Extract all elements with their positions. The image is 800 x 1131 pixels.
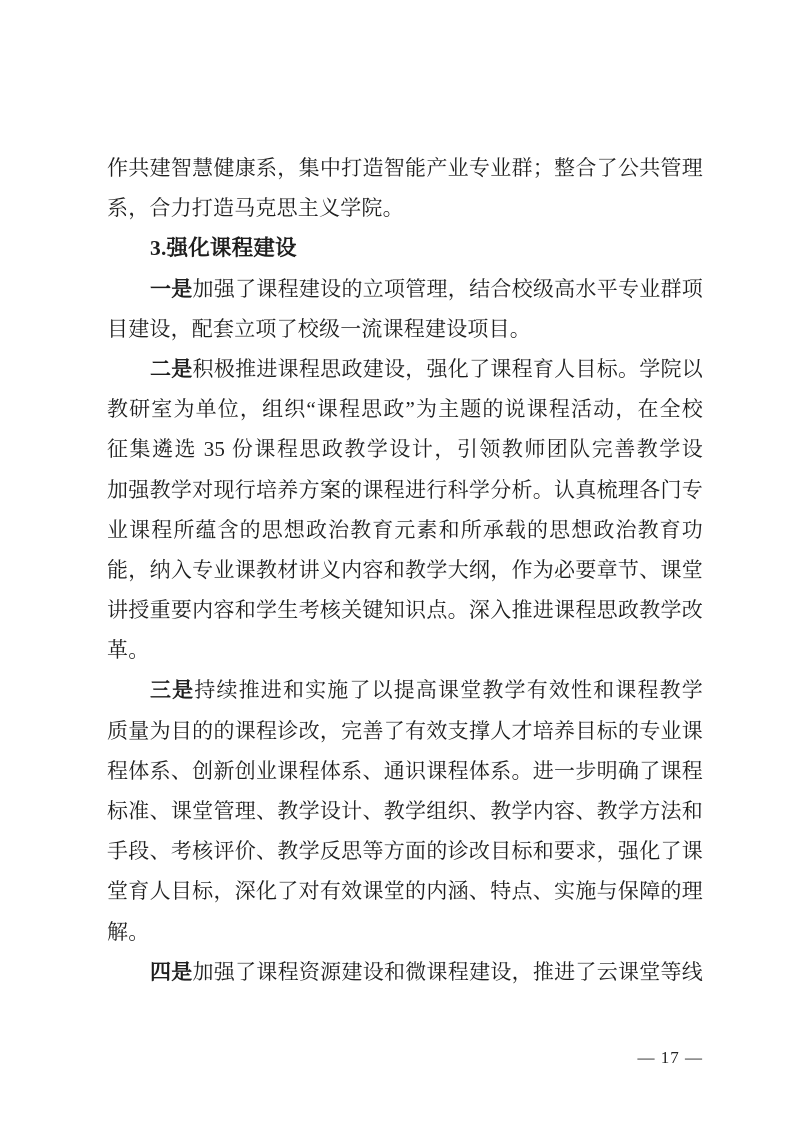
text-line: 讲授重要内容和学生考核关键知识点。深入推进课程思政教学改 (107, 590, 703, 630)
text-line: 业课程所蕴含的思想政治教育元素和所承载的思想政治教育功 (107, 510, 703, 550)
text-block: 作共建智慧健康系，集中打造智能产业专业群；整合了公共管理系，合力打造马克思主义学… (107, 148, 703, 992)
text-line: 二是积极推进课程思政建设，强化了课程育人目标。学院以 (107, 349, 703, 389)
text-line: 征集遴选 35 份课程思政教学设计，引领教师团队完善教学设计， (107, 429, 703, 469)
text-line: 堂育人目标，深化了对有效课堂的内涵、特点、实施与保障的理 (107, 871, 703, 911)
bold-lead-in: 二是 (150, 357, 193, 381)
text-line: 目建设，配套立项了校级一流课程建设项目。 (107, 309, 703, 349)
section-heading-label: 3.强化课程建设 (150, 236, 297, 260)
text-line: 标准、课堂管理、教学设计、教学组织、教学内容、教学方法和 (107, 791, 703, 831)
text-line: 手段、考核评价、教学反思等方面的诊改目标和要求，强化了课 (107, 831, 703, 871)
text-line: 作共建智慧健康系，集中打造智能产业专业群；整合了公共管理 (107, 148, 703, 188)
text-line: 三是持续推进和实施了以提高课堂教学有效性和课程教学 (107, 670, 703, 710)
bold-lead-in: 一是 (150, 277, 193, 301)
text-line: 系，合力打造马克思主义学院。 (107, 188, 703, 228)
text-line: 革。 (107, 630, 703, 670)
document-page: 作共建智慧健康系，集中打造智能产业专业群；整合了公共管理系，合力打造马克思主义学… (0, 0, 800, 1131)
text-line: 解。 (107, 912, 703, 952)
text-line: 加强教学对现行培养方案的课程进行科学分析。认真梳理各门专 (107, 470, 703, 510)
text-line: 教研室为单位，组织“课程思政”为主题的说课程活动，在全校 (107, 389, 703, 429)
bold-lead-in: 三是 (150, 678, 194, 702)
section-heading: 3.强化课程建设 (107, 228, 703, 268)
text-line: 一是加强了课程建设的立项管理，结合校级高水平专业群项 (107, 269, 703, 309)
text-line: 四是加强了课程资源建设和微课程建设，推进了云课堂等线 (107, 952, 703, 992)
text-line: 质量为目的的课程诊改，完善了有效支撑人才培养目标的专业课 (107, 711, 703, 751)
bold-lead-in: 四是 (150, 960, 193, 984)
text-line: 程体系、创新创业课程体系、通识课程体系。进一步明确了课程 (107, 751, 703, 791)
text-line: 能，纳入专业课教材讲义内容和教学大纲，作为必要章节、课堂 (107, 550, 703, 590)
page-number: — 17 — (583, 1046, 703, 1070)
